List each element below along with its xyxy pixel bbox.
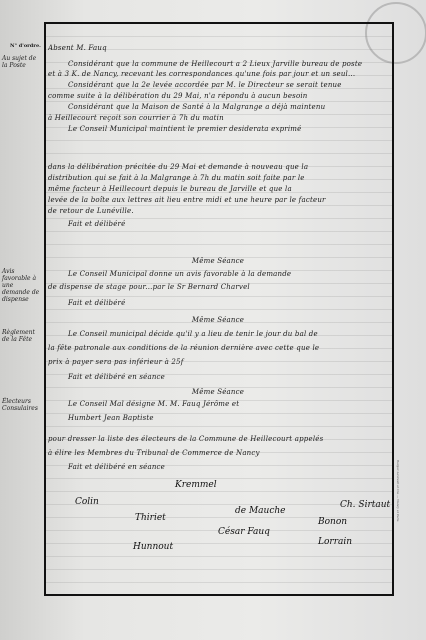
order-number-label: N° d'ordre. xyxy=(10,43,41,49)
margin-note: Avis favorable à une demande de dispense xyxy=(2,268,42,303)
text-line: Considérant que la 2e levée accordée par… xyxy=(48,81,408,89)
text-line: à élire les Membres du Tribunal de Comme… xyxy=(48,449,388,457)
signature: Ch. Sirtaut xyxy=(340,500,390,510)
text-line: Le Conseil municipal décide qu'il y a li… xyxy=(48,330,408,338)
section-heading: Même Séance xyxy=(48,388,388,396)
text-line: prix à payer sera pas inférieur à 25f xyxy=(48,358,388,366)
section-heading: Même Séance xyxy=(48,257,388,265)
text-line: Le Conseil Municipal maintient le premie… xyxy=(48,125,408,133)
section-heading: Même Séance xyxy=(48,316,388,324)
text-line: de retour de Lunéville. xyxy=(48,207,388,215)
text-line: Le Conseil Mal désigne M. M. Fauq Jérôme… xyxy=(48,400,408,408)
text-line: Absent M. Fauq xyxy=(48,44,388,52)
text-line: et à 3 K. de Nancy, recevant les corresp… xyxy=(48,70,388,78)
text-line: Considérant que la commune de Heillecour… xyxy=(48,60,408,68)
text-line: dans la délibération précitée du 29 Mai … xyxy=(48,163,388,171)
margin-note: Au sujet de la Poste xyxy=(2,55,42,69)
signature: Thiriet xyxy=(135,513,166,523)
text-line: la fête patronale aux conditions de la r… xyxy=(48,344,388,352)
signature: Bonon xyxy=(318,517,347,527)
signature: de Mauche xyxy=(235,506,286,516)
text-line: de dispense de stage pour...par le Sr Be… xyxy=(48,283,388,291)
signature: Lorrain xyxy=(318,537,352,547)
text-line: comme suite à la délibération du 29 Mai,… xyxy=(48,92,388,100)
text-line: Le Conseil Municipal donne un avis favor… xyxy=(48,270,408,278)
text-line: Fait et délibéré en séance xyxy=(48,373,408,381)
text-line: distribution qui se fait à la Malgrange … xyxy=(48,174,388,182)
text-line: même facteur à Heillecourt depuis le bur… xyxy=(48,185,388,193)
signature: Kremmel xyxy=(175,480,217,490)
text-line: Fait et délibéré en séance xyxy=(48,463,408,471)
margin-note: Électeurs Consulaires xyxy=(2,398,42,412)
signature: Hunnout xyxy=(133,542,173,552)
margin-note: Règlement de la Fête xyxy=(2,329,42,343)
text-line: Considérant que la Maison de Santé à la … xyxy=(48,103,408,111)
text-line: Fait et délibéré xyxy=(48,299,408,307)
text-line: levée de la boîte aux lettres ait lieu e… xyxy=(48,196,388,204)
document-page: N° d'ordre. Au sujet de la PosteAvis fav… xyxy=(0,0,426,640)
text-line: à Heillecourt reçoit son courrier à 7h d… xyxy=(48,114,388,122)
text-line: Humbert Jean Baptiste xyxy=(48,414,408,422)
printer-mark: Berger-Levrault et Cie — Nancy et Paris xyxy=(396,460,400,521)
text-line: pour dresser la liste des électeurs de l… xyxy=(48,435,388,443)
text-line: Fait et délibéré xyxy=(48,220,408,228)
signature: César Fauq xyxy=(218,527,270,537)
signature: Colin xyxy=(75,497,99,507)
